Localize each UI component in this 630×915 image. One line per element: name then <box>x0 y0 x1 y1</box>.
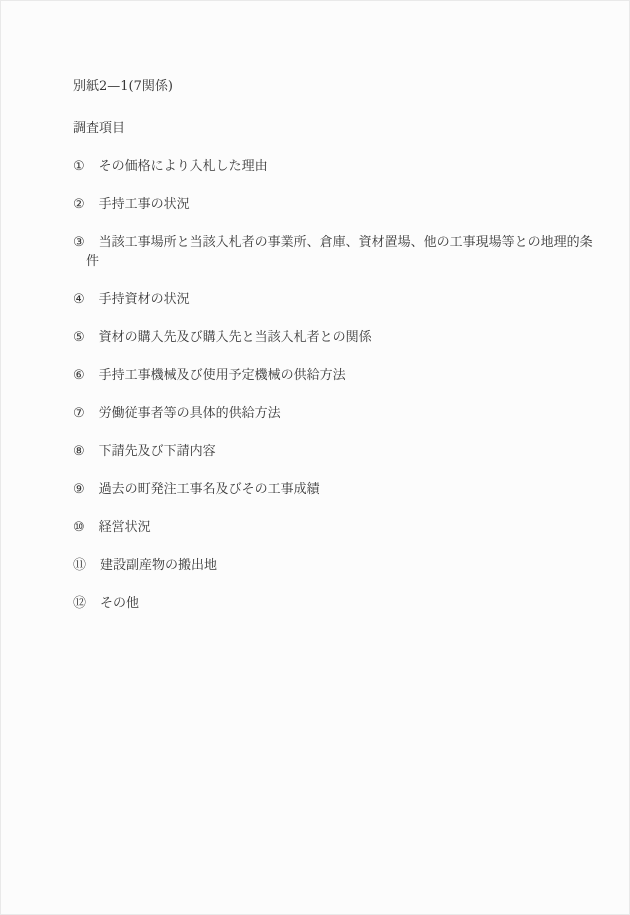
list-item: ⑫その他 <box>73 594 600 613</box>
list-item: ④手持資材の状況 <box>73 290 600 309</box>
item-number: ⑩ <box>73 520 85 535</box>
item-number: ② <box>73 197 85 212</box>
section-heading: 調査項目 <box>73 119 598 138</box>
list-item: ⑥手持工事機械及び使用予定機械の供給方法 <box>73 366 600 385</box>
list-item: ②手持工事の状況 <box>73 195 600 214</box>
item-number: ⑨ <box>73 482 85 497</box>
page-title: 別紙2—1(7関係) <box>73 77 598 96</box>
item-text: 過去の町発注工事名及びその工事成績 <box>99 482 320 497</box>
item-number: ⑪ <box>73 558 86 573</box>
item-number: ⑧ <box>73 444 85 459</box>
item-text: その他 <box>100 596 139 611</box>
item-number: ④ <box>73 292 85 307</box>
list-item: ⑪建設副産物の搬出地 <box>73 556 600 575</box>
item-text: 手持工事の状況 <box>99 197 190 212</box>
item-text: 労働従事者等の具体的供給方法 <box>99 406 281 421</box>
list-item: ③当該工事場所と当該入札者の事業所、倉庫、資材置場、他の工事現場等との地理的条件 <box>73 233 600 271</box>
item-number: ⑤ <box>73 330 85 345</box>
list-item: ①その価格により入札した理由 <box>73 157 600 176</box>
item-number: ③ <box>73 235 85 250</box>
item-text: 経営状況 <box>99 520 151 535</box>
document-page: 別紙2—1(7関係) 調査項目 ①その価格により入札した理由 ②手持工事の状況 … <box>0 0 630 915</box>
item-number: ⑥ <box>73 368 85 383</box>
list-item: ⑩経営状況 <box>73 518 600 537</box>
list-item: ⑤資材の購入先及び購入先と当該入札者との関係 <box>73 328 600 347</box>
item-number: ⑫ <box>73 596 86 611</box>
list-item: ⑨過去の町発注工事名及びその工事成績 <box>73 480 600 499</box>
item-number: ⑦ <box>73 406 85 421</box>
list-item: ⑦労働従事者等の具体的供給方法 <box>73 404 600 423</box>
item-text: 下請先及び下請内容 <box>99 444 216 459</box>
item-number: ① <box>73 159 85 174</box>
item-text: 建設副産物の搬出地 <box>100 558 217 573</box>
list-item: ⑧下請先及び下請内容 <box>73 442 600 461</box>
item-text: 資材の購入先及び購入先と当該入札者との関係 <box>99 330 372 345</box>
item-text: 手持資材の状況 <box>99 292 190 307</box>
survey-items-list: ①その価格により入札した理由 ②手持工事の状況 ③当該工事場所と当該入札者の事業… <box>73 157 600 613</box>
item-text: 手持工事機械及び使用予定機械の供給方法 <box>99 368 346 383</box>
item-text: その価格により入札した理由 <box>99 159 268 174</box>
item-text: 当該工事場所と当該入札者の事業所、倉庫、資材置場、他の工事現場等との地理的条件 <box>86 235 593 269</box>
